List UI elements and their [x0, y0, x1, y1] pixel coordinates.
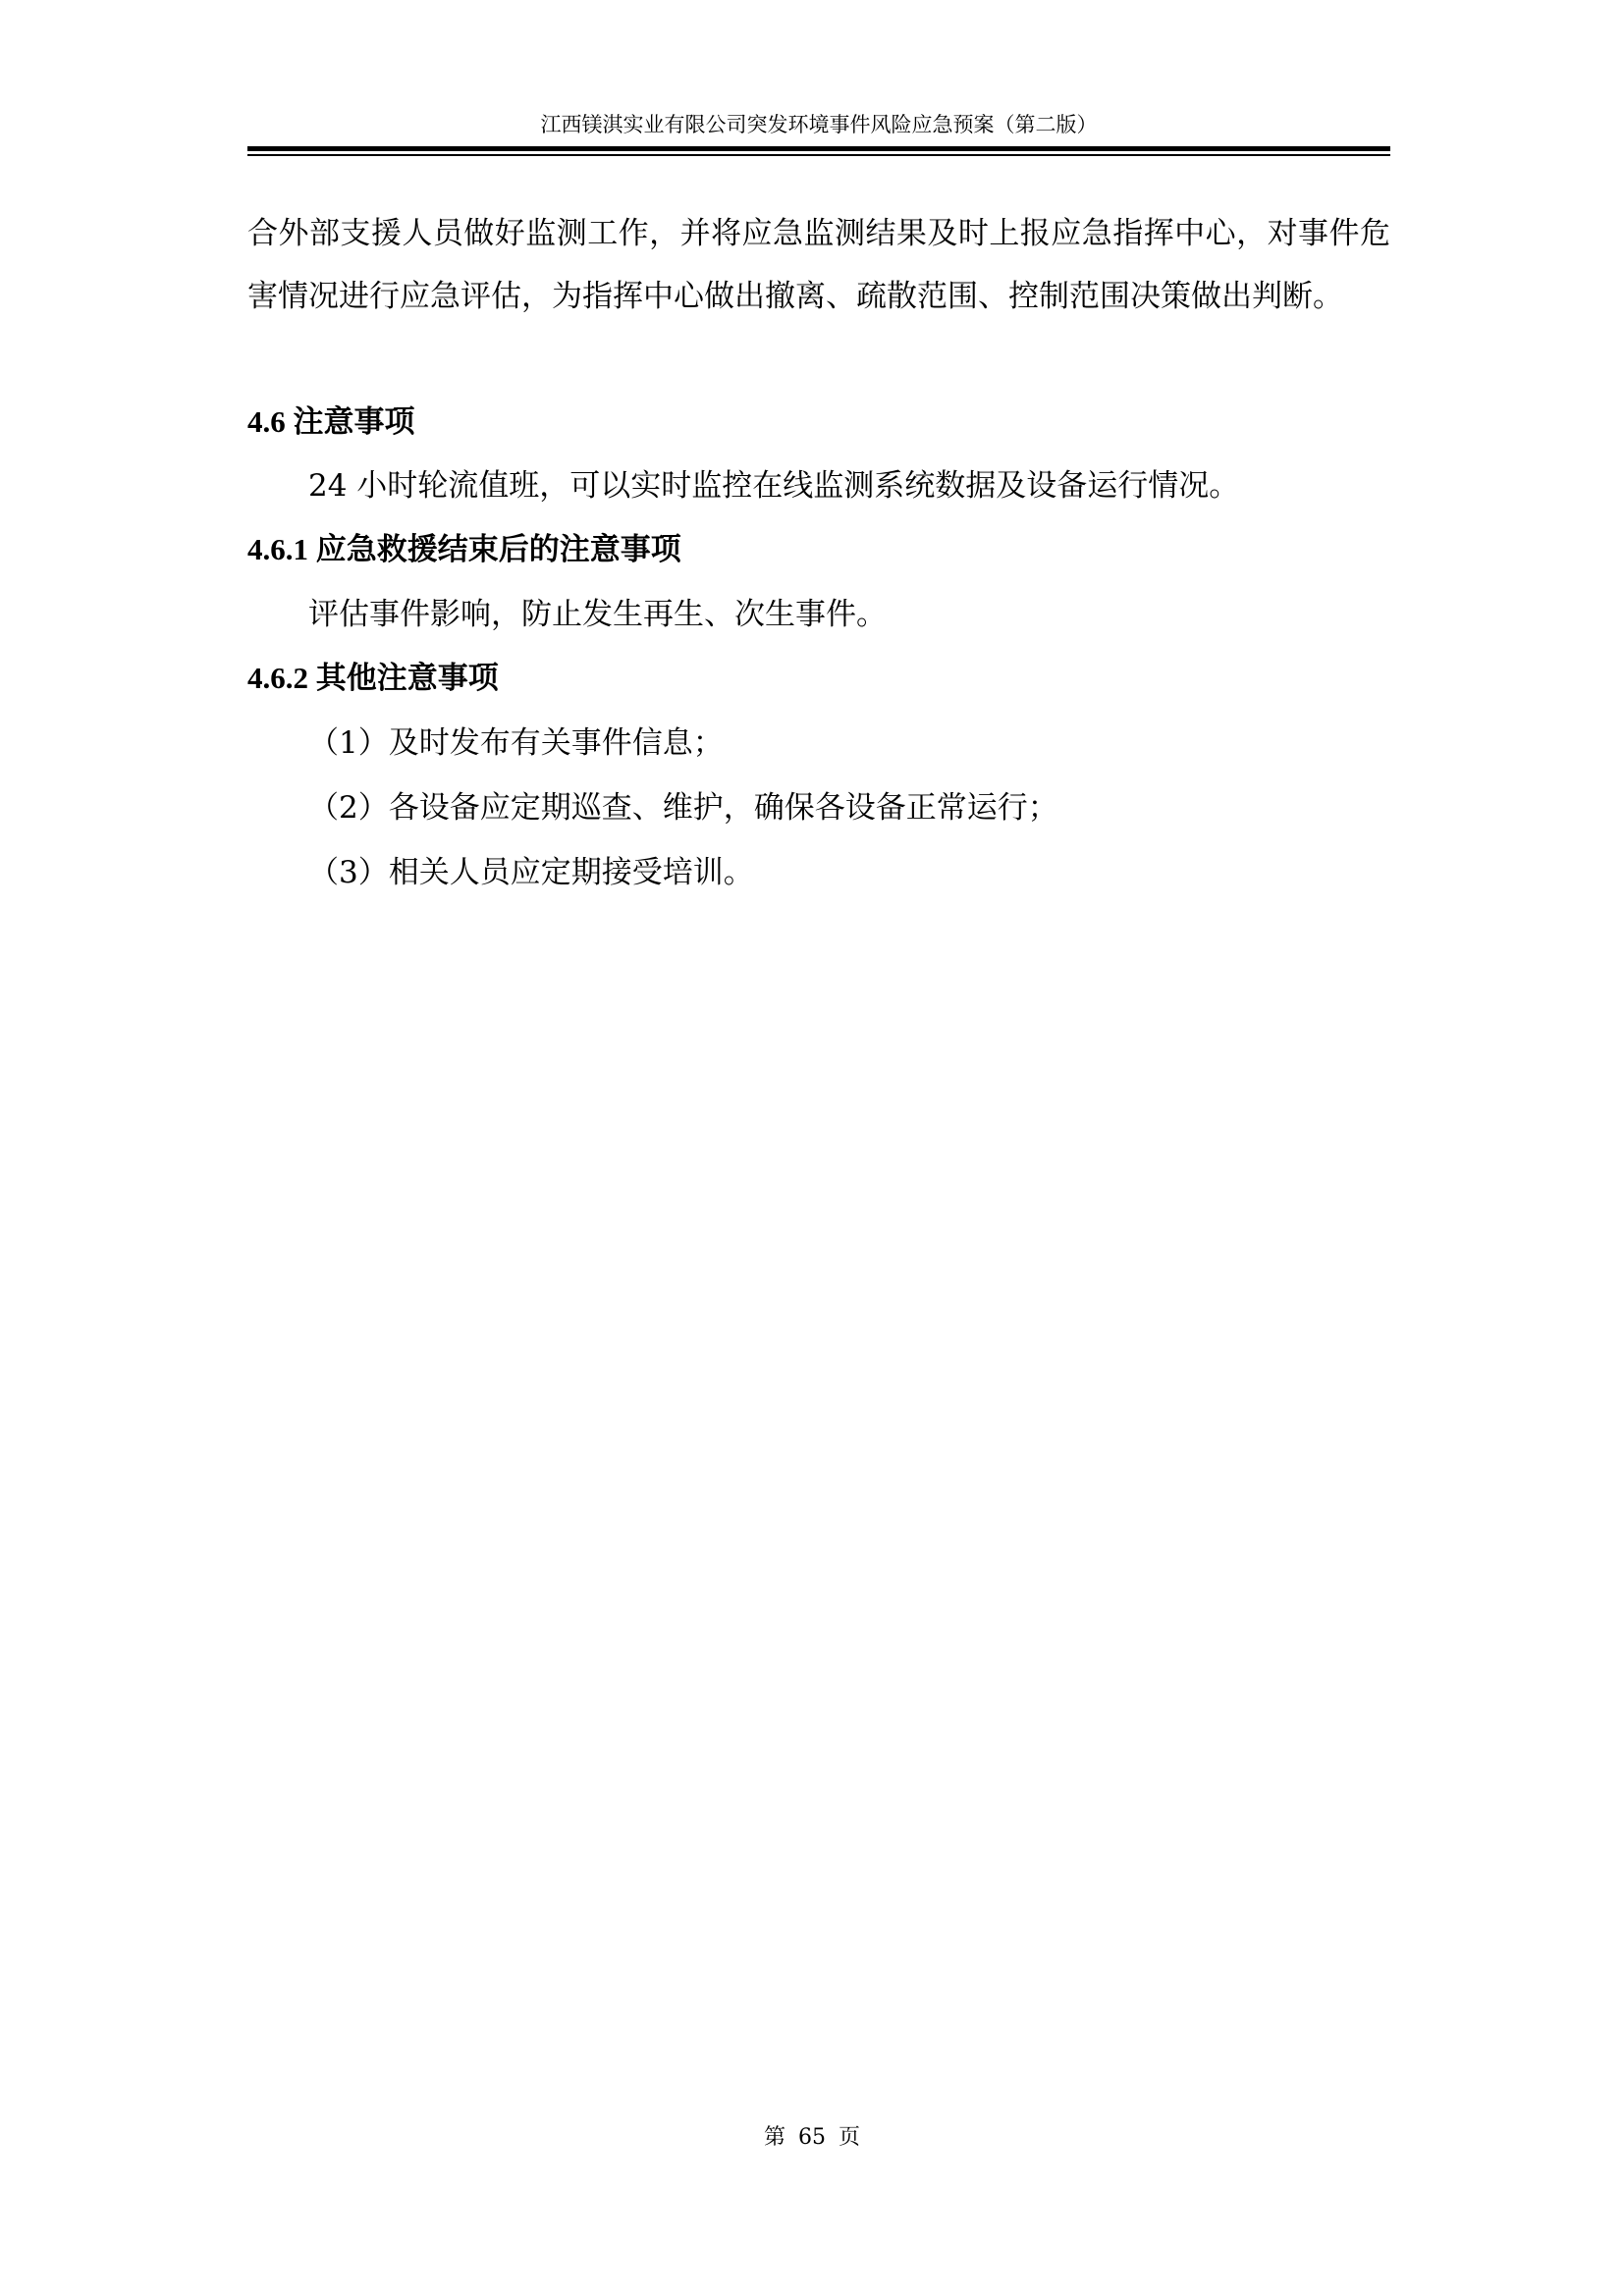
list-item-1: （1）及时发布有关事件信息； [308, 723, 724, 763]
document-title: 江西镁淇实业有限公司突发环境事件风险应急预案（第二版） [247, 110, 1390, 139]
page-number: 第 65 页 [0, 2124, 1624, 2152]
list-item-2: （2）各设备应定期巡查、维护，确保各设备正常运行； [308, 788, 1058, 828]
list-item-3: （3）相关人员应定期接受培训。 [308, 853, 754, 892]
header-rule-thick [247, 146, 1390, 151]
section-4-6-1-heading: 4.6.1 应急救援结束后的注意事项 [247, 530, 681, 569]
intro-paragraph-block: 合外部支援人员做好监测工作，并将应急监测结果及时上报应急指挥中心，对事件危害情况… [247, 202, 1390, 328]
section-4-6-heading: 4.6 注意事项 [247, 402, 415, 442]
intro-paragraph: 合外部支援人员做好监测工作，并将应急监测结果及时上报应急指挥中心，对事件危害情况… [247, 202, 1390, 328]
section-4-6-text: 24 小时轮流值班，可以实时监控在线监测系统数据及设备运行情况。 [308, 466, 1239, 506]
section-4-6-1-text: 评估事件影响，防止发生再生、次生事件。 [308, 595, 887, 634]
header-rule-thin [247, 154, 1390, 156]
section-4-6-2-heading: 4.6.2 其他注意事项 [247, 659, 499, 698]
